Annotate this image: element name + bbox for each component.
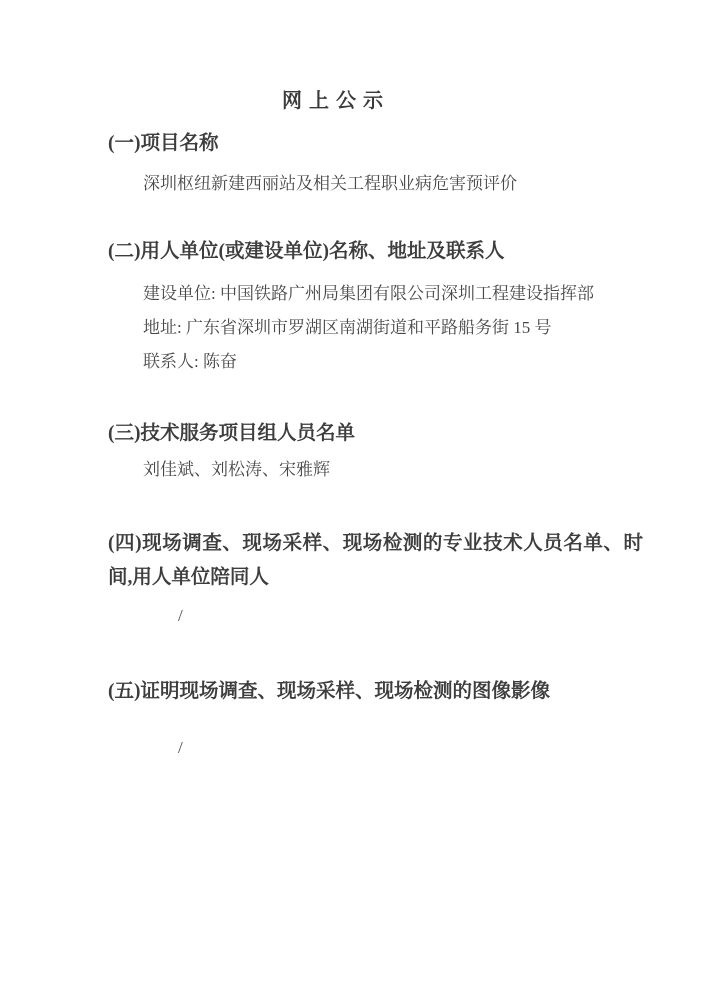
section-field-evidence-images: (五)证明现场调查、现场采样、现场检测的图像影像 /	[108, 675, 643, 765]
section-field-personnel: (四)现场调查、现场采样、现场检测的专业技术人员名单、时间,用人单位陪同人 /	[108, 527, 643, 633]
field-personnel-placeholder-slash: /	[108, 599, 643, 633]
document-page: 网 上 公 示 (一)项目名称 深圳枢纽新建西丽站及相关工程职业病危害预评价 (…	[0, 0, 707, 1000]
section-employer-info: (二)用人单位(或建设单位)名称、地址及联系人 建设单位: 中国铁路广州局集团有…	[108, 235, 643, 379]
section-heading-employer-info: (二)用人单位(或建设单位)名称、地址及联系人	[108, 235, 643, 269]
team-members-text: 刘佳斌、刘松涛、宋雅辉	[108, 453, 643, 487]
section-heading-project-name: (一)项目名称	[108, 127, 643, 161]
field-evidence-placeholder-slash: /	[108, 731, 643, 765]
section-heading-project-team: (三)技术服务项目组人员名单	[108, 417, 643, 451]
section-project-team: (三)技术服务项目组人员名单 刘佳斌、刘松涛、宋雅辉	[108, 417, 643, 487]
section-project-name: (一)项目名称 深圳枢纽新建西丽站及相关工程职业病危害预评价	[108, 127, 643, 201]
contact-person-text: 联系人: 陈奋	[108, 345, 643, 379]
address-text: 地址: 广东省深圳市罗湖区南湖街道和平路船务街 15 号	[108, 311, 643, 345]
section-heading-field-personnel: (四)现场调查、现场采样、现场检测的专业技术人员名单、时间,用人单位陪同人	[108, 527, 643, 595]
section-heading-field-evidence-images: (五)证明现场调查、现场采样、现场检测的图像影像	[108, 675, 643, 709]
construction-unit-text: 建设单位: 中国铁路广州局集团有限公司深圳工程建设指挥部	[108, 277, 643, 311]
project-name-text: 深圳枢纽新建西丽站及相关工程职业病危害预评价	[108, 167, 643, 201]
page-title: 网 上 公 示	[108, 90, 558, 112]
